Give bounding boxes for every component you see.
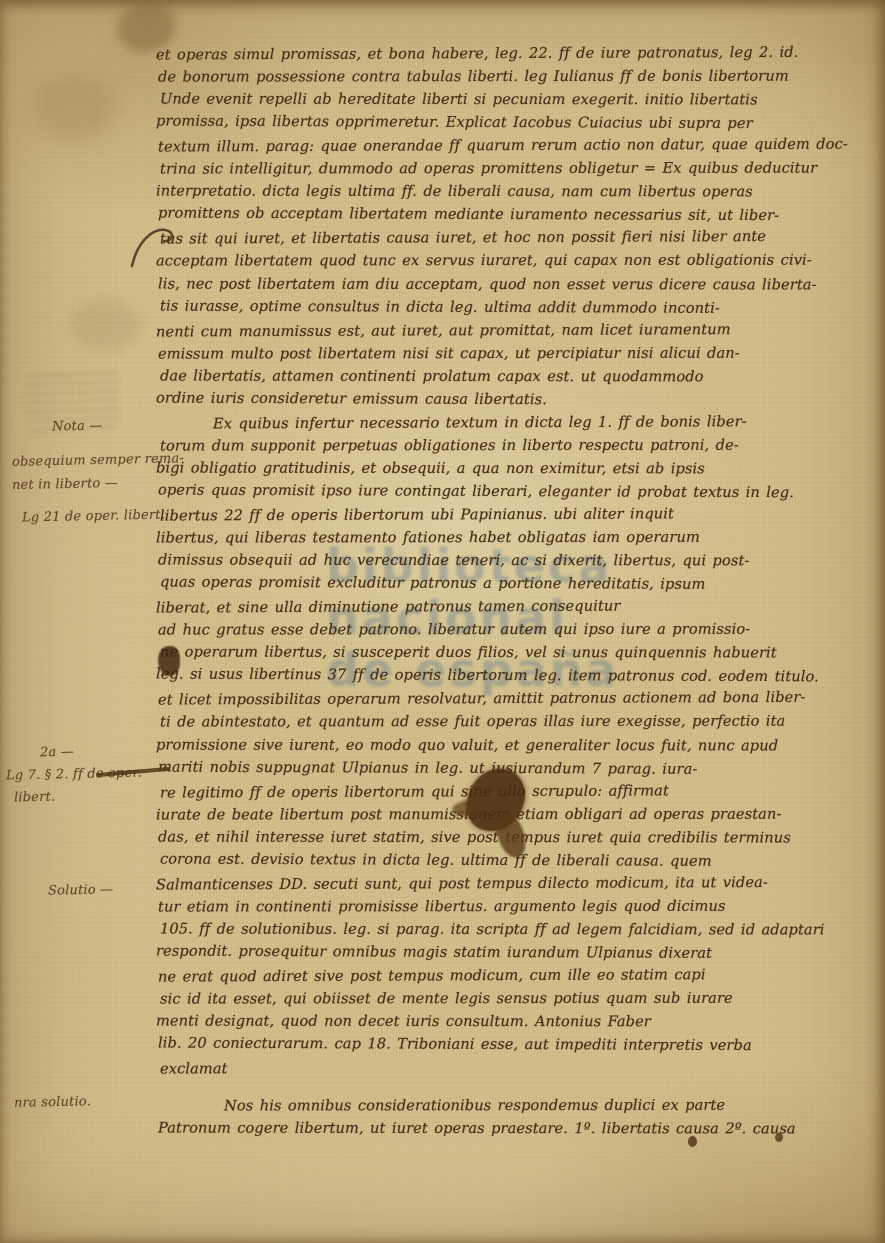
manuscript-line: promissa, ipsa libertas opprimeretur. Ex… [156, 110, 870, 136]
manuscript-line: quas operas promisit excluditur patronus… [160, 571, 874, 597]
manuscript-line: acceptam libertatem quod tunc ex servus … [156, 249, 870, 273]
margin-note: Solutio — [48, 881, 114, 900]
manuscript-line: Salmanticenses DD. secuti sunt, qui post… [156, 870, 870, 896]
manuscript-line: sic id ita esset, qui obiisset de mente … [160, 987, 874, 1011]
manuscript-line: tis iurasse, optime consultus in dicta l… [160, 294, 874, 320]
manuscript-line: trina sic intelligitur, dummodo ad opera… [160, 157, 874, 181]
ink-bleedthrough [70, 300, 140, 350]
manuscript-line: liberat, et sine ulla diminutione patron… [156, 594, 870, 620]
manuscript-line: Patronum cogere libertum, ut iuret opera… [158, 1117, 872, 1141]
margin-note: Lg 7. § 2. ff de oper. [6, 765, 142, 786]
manuscript-line: lib. 20 coniecturarum. cap 18. Tribonian… [158, 1032, 872, 1058]
water-stain [34, 74, 114, 140]
manuscript-line: libertus, qui liberas testamento fatione… [156, 526, 870, 550]
manuscript-line: Nos his omnibus considerationibus respon… [156, 1094, 885, 1118]
manuscript-line: ne operarum libertus, si susceperit duos… [160, 641, 874, 665]
manuscript-line: ti de abintestato, et quantum ad esse fu… [160, 710, 874, 734]
manuscript-line: nenti cum manumissus est, aut iuret, aut… [156, 317, 870, 343]
margin-note: libert. [14, 789, 56, 808]
manuscript-line: ordine iuris consideretur emissum causa … [156, 386, 870, 412]
margin-note: nra solutio. [14, 1093, 91, 1113]
manuscript-line: dimissus obsequii ad huc verecundiae ten… [158, 549, 872, 573]
manuscript-line: das, et nihil interesse iuret statim, si… [158, 825, 872, 849]
manuscript-line: et operas simul promissas, et bona haber… [156, 41, 870, 67]
manuscript-line: libertus 22 ff de operis libertorum ubi … [160, 502, 874, 528]
manuscript-line: promittens ob acceptam libertatem median… [158, 202, 872, 228]
manuscript-line: exclamat [160, 1055, 874, 1081]
manuscript-line: iurate de beate libertum post manumissio… [156, 802, 870, 826]
manuscript-line: ad huc gratus esse debet patrono. libera… [158, 618, 872, 642]
manuscript-line: bigi obligatio gratitudinis, et obsequii… [156, 456, 870, 480]
manuscript-line: leg. si usus libertinus 37 ff de operis … [156, 663, 870, 689]
manuscript-line: et licet impossibilitas operarum resolva… [158, 686, 872, 712]
manuscript-line: ne erat quod adiret sive post tempus mod… [158, 963, 872, 989]
manuscript-line: re legitimo ff de operis libertorum qui … [160, 778, 874, 804]
margin-note: net in liberto — [12, 475, 118, 495]
manuscript-line: respondit. prosequitur omnibus magis sta… [156, 939, 870, 965]
manuscript-line: tur etiam in continenti promisisse liber… [158, 894, 872, 918]
margin-note: 2a — [40, 744, 74, 763]
manuscript-line: Ex quibus infertur necessario textum in … [158, 409, 885, 435]
manuscript-line: mariti nobis suppugnat Ulpianus in leg. … [158, 755, 872, 781]
manuscript-line: interpretatio. dicta legis ultima ff. de… [156, 180, 870, 204]
manuscript-line: lis, nec post libertatem iam diu accepta… [158, 272, 872, 296]
manuscript-line: torum dum supponit perpetuas obligatione… [160, 433, 874, 457]
manuscript-line: textum illum. parag: quae onerandae ff q… [158, 133, 872, 159]
manuscript-line: de bonorum possessione contra tabulas li… [158, 65, 872, 89]
manuscript-page: biblioteca nacional de españa et operas … [0, 0, 885, 1243]
manuscript-line: Unde evenit repelli ab hereditate libert… [160, 88, 874, 112]
manuscript-line: operis quas promisit ipso iure contingat… [158, 478, 872, 504]
body-text: et operas simul promissas, et bona haber… [158, 0, 874, 1243]
margin-note: Lg 21 de oper. libert. [22, 507, 165, 528]
manuscript-line: dae libertatis, attamen continenti prola… [160, 364, 874, 388]
manuscript-line: emissum multo post libertatem nisi sit c… [158, 341, 872, 365]
manuscript-line: promissione sive iurent, eo modo quo val… [156, 733, 870, 757]
manuscript-line: menti designat, quod non decet iuris con… [156, 1010, 870, 1034]
manuscript-line: corona est. devisio textus in dicta leg.… [160, 847, 874, 873]
margin-note: obsequium semper rema- [12, 450, 184, 472]
margin-note: Nota — [52, 417, 103, 436]
manuscript-line: tus sit qui iuret, et libertatis causa i… [160, 225, 874, 251]
manuscript-line: 105. ff de solutionibus. leg. si parag. … [160, 917, 874, 941]
